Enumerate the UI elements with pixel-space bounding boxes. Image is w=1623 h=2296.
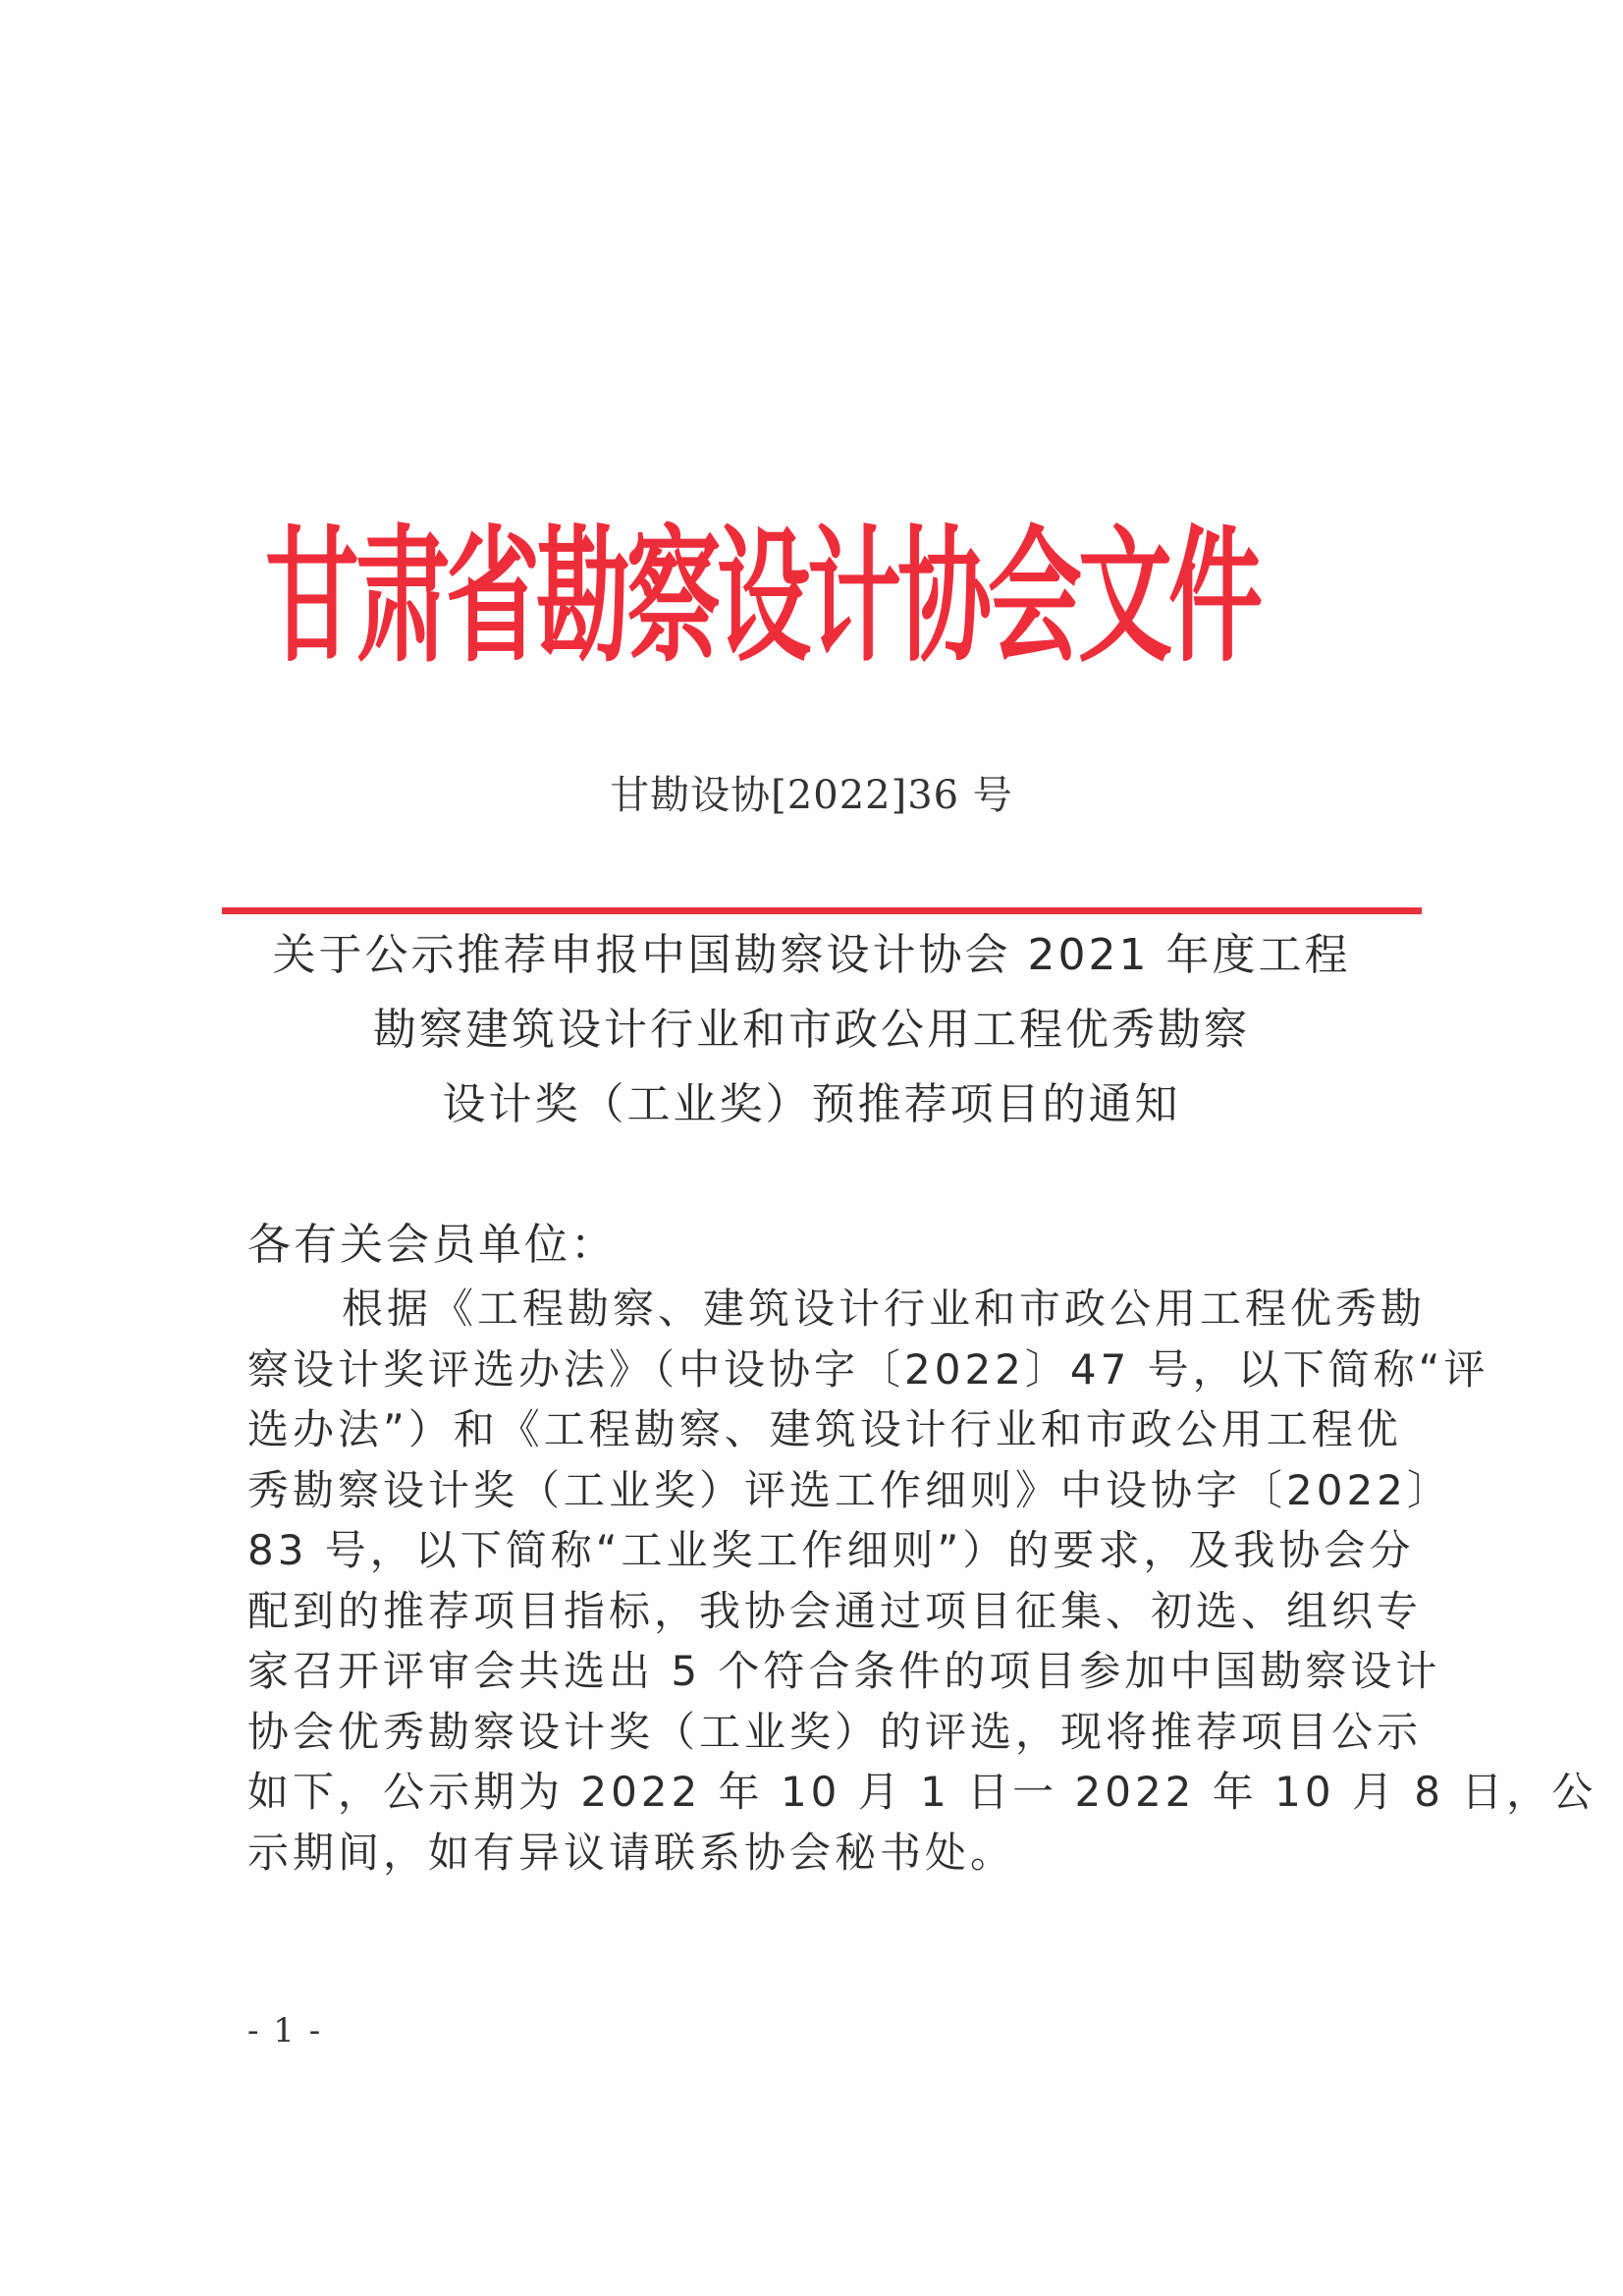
document-title-line: 设计奖（工业奖）预推荐项目的通知 <box>0 1067 1623 1142</box>
body-line: 如下，公示期为 2022 年 10 月 1 日一 2022 年 10 月 8 日… <box>247 1762 1377 1823</box>
body-line: 选办法”）和《工程勘察、建筑设计行业和市政公用工程优 <box>247 1399 1377 1460</box>
body-line: 察设计奖评选办法》（中设协字〔2022〕47 号，以下简称“评 <box>247 1339 1377 1400</box>
body-paragraph: 根据《工程勘察、建筑设计行业和市政公用工程优秀勘 察设计奖评选办法》（中设协字〔… <box>247 1279 1377 1883</box>
document-number: 甘勘设协[2022]36 号 <box>0 768 1623 823</box>
document-title-line: 关于公示推荐申报中国勘察设计协会 2021 年度工程 <box>0 918 1623 993</box>
document-page: 甘肃省勘察设计协会文件 甘勘设协[2022]36 号 关于公示推荐申报中国勘察设… <box>0 0 1623 2296</box>
document-title: 关于公示推荐申报中国勘察设计协会 2021 年度工程 勘察建筑设计行业和市政公用… <box>0 918 1623 1142</box>
body-line: 示期间，如有异议请联系协会秘书处。 <box>247 1823 1377 1884</box>
body-line: 协会优秀勘察设计奖（工业奖）的评选，现将推荐项目公示 <box>247 1702 1377 1763</box>
body-line: 秀勘察设计奖（工业奖）评选工作细则》中设协字〔2022〕 <box>247 1460 1377 1521</box>
body-line: 83 号，以下简称“工业奖工作细则”）的要求，及我协会分 <box>247 1520 1377 1581</box>
issuer-header-title: 甘肃省勘察设计协会文件 <box>265 475 1384 719</box>
body-line: 根据《工程勘察、建筑设计行业和市政公用工程优秀勘 <box>247 1279 1377 1339</box>
document-title-line: 勘察建筑设计行业和市政公用工程优秀勘察 <box>0 993 1623 1067</box>
salutation: 各有关会员单位： <box>247 1218 617 1273</box>
page-number: - 1 - <box>247 2009 322 2052</box>
body-line: 家召开评审会共选出 5 个符合条件的项目参加中国勘察设计 <box>247 1641 1377 1702</box>
body-line: 配到的推荐项目指标，我协会通过项目征集、初选、组织专 <box>247 1581 1377 1642</box>
red-divider-line <box>222 907 1422 914</box>
